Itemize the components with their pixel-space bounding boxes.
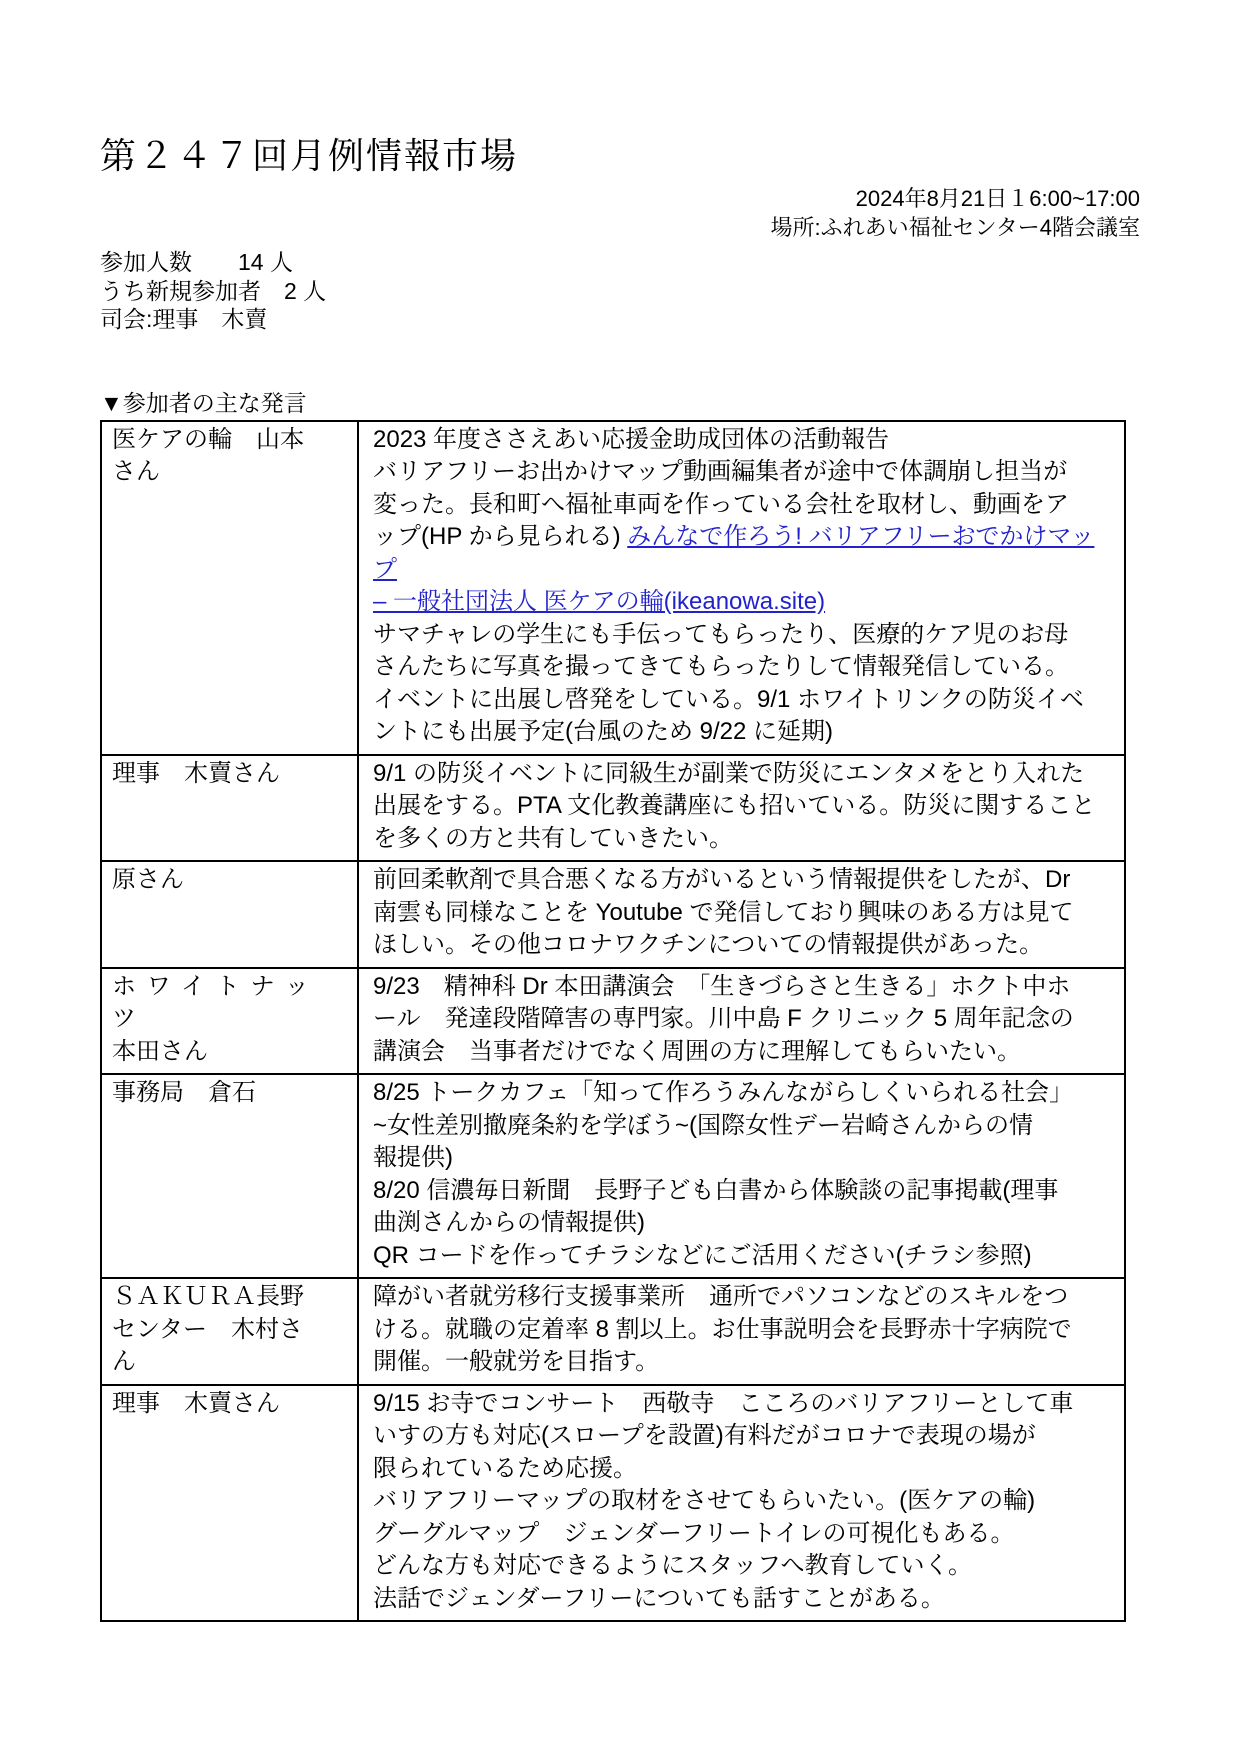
attendees-line: 参加人数 14 人: [100, 248, 1140, 277]
moderator-line: 司会:理事 木賣: [100, 305, 1140, 334]
location-line: 場所:ふれあい福祉センター4階会議室: [100, 213, 1140, 242]
speaker-cell: 理事 木賣さん: [101, 755, 358, 862]
table-row: ホワイトナッツ 本田さん 9/23 精神科 Dr 本田講演会 「生きづらさと生き…: [101, 968, 1125, 1075]
table-row: 医ケアの輪 山本 さん 2023 年度ささえあい応援金助成団体の活動報告 バリア…: [101, 421, 1125, 755]
statement-cell: 障がい者就労移行支援事業所 通所でパソコンなどのスキルをつ ける。就職の定着率 …: [358, 1278, 1125, 1385]
speaker-cell: 原さん: [101, 861, 358, 968]
table-row: ＳＡＫＵＲＡ長野 センター 木村さ ん 障がい者就労移行支援事業所 通所でパソコ…: [101, 1278, 1125, 1385]
statement-cell: 8/25 トークカフェ「知って作ろうみんながらしくいられる社会」 ~女性差別撤廃…: [358, 1074, 1125, 1278]
speaker-cell: ＳＡＫＵＲＡ長野 センター 木村さ ん: [101, 1278, 358, 1385]
new-attendees-line: うち新規参加者 2 人: [100, 277, 1140, 306]
table-row: 理事 木賣さん 9/1 の防災イベントに同級生が副業で防災にエンタメをとり入れた…: [101, 755, 1125, 862]
statement-text-after: サマチャレの学生にも手伝ってもらったり、医療的ケア児のお母 さんたちに写真を撮っ…: [373, 621, 1084, 746]
meta-left-block: 参加人数 14 人 うち新規参加者 2 人 司会:理事 木賣: [100, 248, 1140, 334]
speaker-cell: 医ケアの輪 山本 さん: [101, 421, 358, 755]
statement-cell: 9/15 お寺でコンサート 西敬寺 こころのバリアフリーとして車 いすの方も対応…: [358, 1385, 1125, 1622]
table-row: 理事 木賣さん 9/15 お寺でコンサート 西敬寺 こころのバリアフリーとして車…: [101, 1385, 1125, 1622]
table-row: 事務局 倉石 8/25 トークカフェ「知って作ろうみんながらしくいられる社会」 …: [101, 1074, 1125, 1278]
document-page: 第２４７回月例情報市場 2024年8月21日１6:00~17:00 場所:ふれあ…: [100, 0, 1140, 1622]
speaker-cell: 事務局 倉石: [101, 1074, 358, 1278]
datetime-line: 2024年8月21日１6:00~17:00: [100, 184, 1140, 213]
statement-cell: 2023 年度ささえあい応援金助成団体の活動報告 バリアフリーお出かけマップ動画…: [358, 421, 1125, 755]
document-title: 第２４７回月例情報市場: [100, 132, 1140, 180]
statements-table: 医ケアの輪 山本 さん 2023 年度ささえあい応援金助成団体の活動報告 バリア…: [100, 420, 1126, 1623]
speaker-cell: 理事 木賣さん: [101, 1385, 358, 1622]
section-heading: ▼参加者の主な発言: [100, 389, 1140, 417]
table-row: 原さん 前回柔軟剤で具合悪くなる方がいるという情報提供をしたが、Dr 南雲も同様…: [101, 861, 1125, 968]
statement-cell: 前回柔軟剤で具合悪くなる方がいるという情報提供をしたが、Dr 南雲も同様なことを…: [358, 861, 1125, 968]
statement-cell: 9/1 の防災イベントに同級生が副業で防災にエンタメをとり入れた 出展をする。P…: [358, 755, 1125, 862]
speaker-cell: ホワイトナッツ 本田さん: [101, 968, 358, 1075]
statement-cell: 9/23 精神科 Dr 本田講演会 「生きづらさと生きる」ホクト中ホ ール 発達…: [358, 968, 1125, 1075]
meta-right-block: 2024年8月21日１6:00~17:00 場所:ふれあい福祉センター4階会議室: [100, 184, 1140, 242]
